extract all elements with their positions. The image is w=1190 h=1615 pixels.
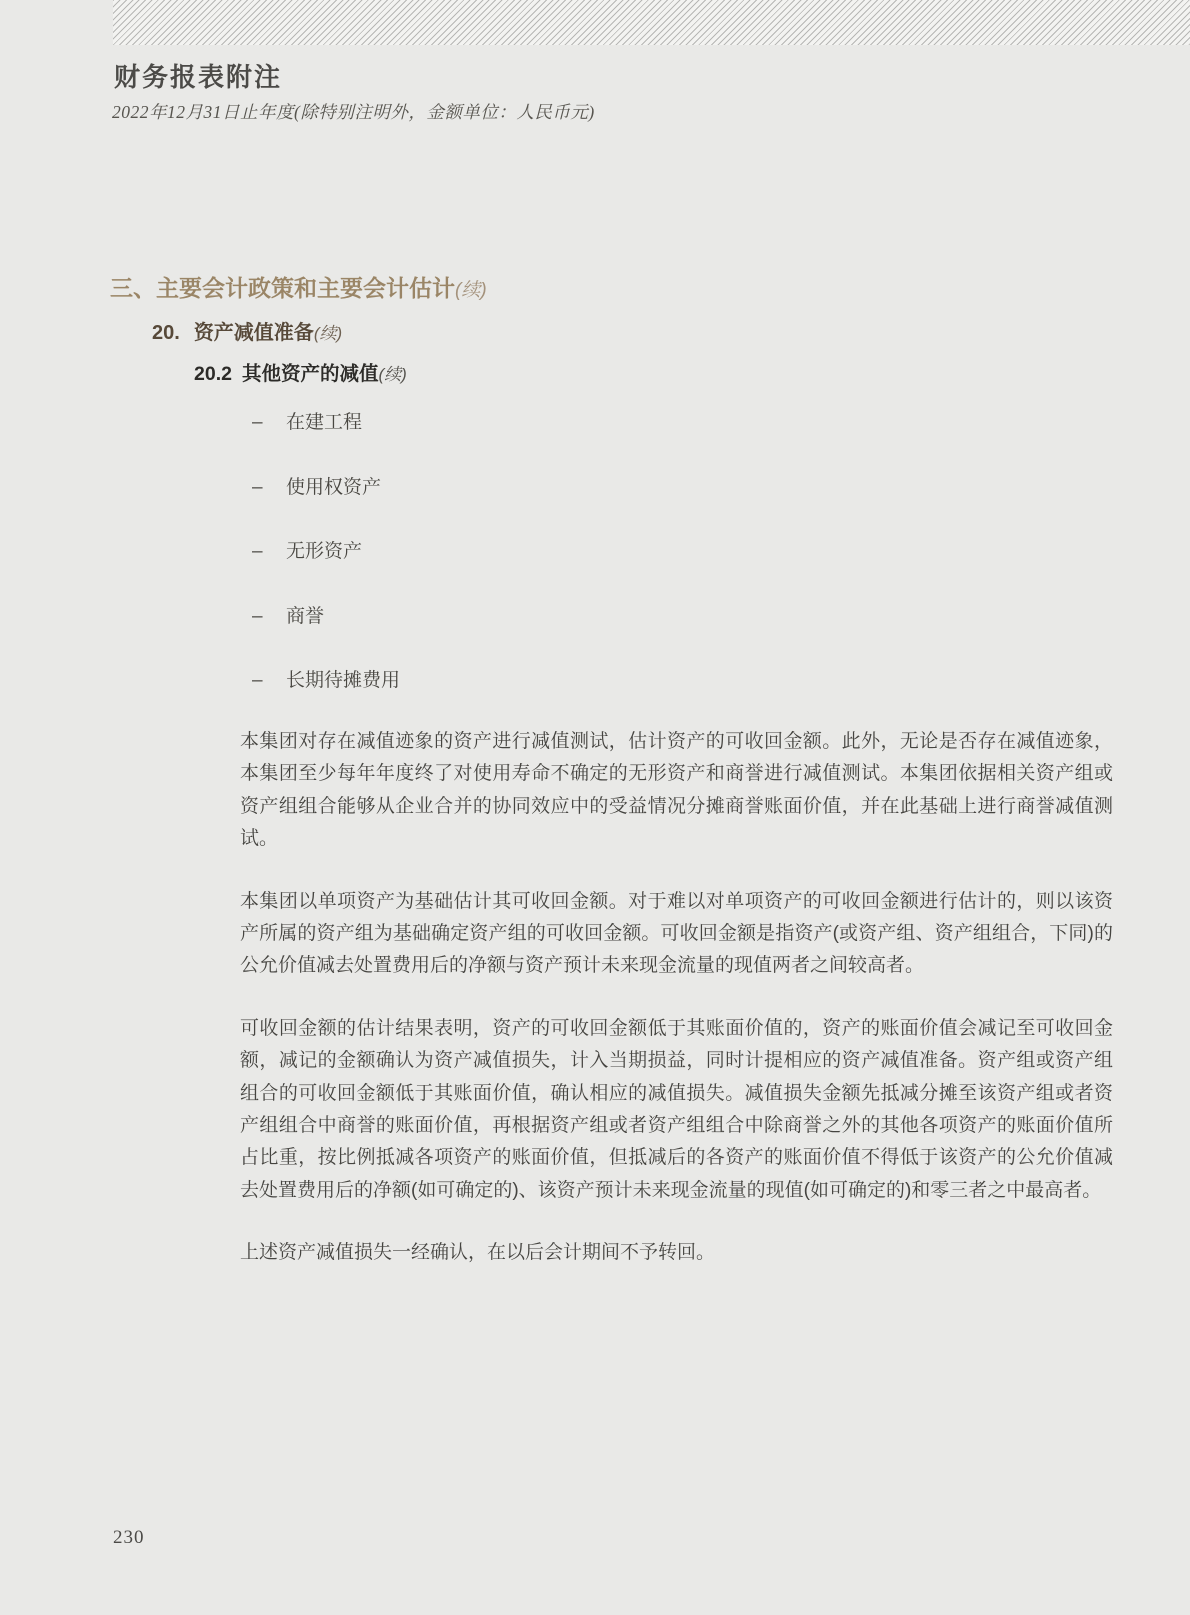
list-item-label: 在建工程 bbox=[286, 407, 362, 439]
subsubsection-title: 其他资产的减值 bbox=[242, 363, 379, 385]
list-item-label: 长期待摊费用 bbox=[286, 665, 400, 697]
subsubsection-heading: 20.2其他资产的减值(续) bbox=[194, 358, 407, 386]
document-subtitle: 2022年12月31日止年度(除特别注明外，金额单位：人民币元) bbox=[112, 99, 595, 124]
section-heading: 三、主要会计政策和主要会计估计(续) bbox=[110, 270, 487, 303]
asset-list: – 在建工程 – 使用权资产 – 无形资产 – 商誉 – 长期待摊费用 bbox=[252, 407, 400, 730]
subsection-heading: 20.资产减值准备(续) bbox=[152, 316, 342, 345]
body-paragraph: 可收回金额的估计结果表明，资产的可收回金额低于其账面价值的，资产的账面价值会减记… bbox=[240, 1013, 1113, 1207]
body-paragraph: 本集团对存在减值迹象的资产进行减值测试，估计资产的可收回金额。此外，无论是否存在… bbox=[240, 726, 1113, 856]
list-item: – 使用权资产 bbox=[252, 472, 400, 504]
dash-bullet: – bbox=[252, 601, 286, 633]
subsubsection-continued-marker: (续) bbox=[378, 365, 406, 384]
list-item-label: 商誉 bbox=[286, 601, 324, 633]
body-text-block: 本集团对存在减值迹象的资产进行减值测试，估计资产的可收回金额。此外，无论是否存在… bbox=[240, 726, 1113, 1300]
list-item-label: 使用权资产 bbox=[286, 472, 381, 504]
list-item: – 商誉 bbox=[252, 601, 400, 633]
dash-bullet: – bbox=[252, 472, 286, 504]
document-title: 财务报表附注 bbox=[114, 57, 282, 94]
hatch-pattern-band bbox=[113, 0, 1190, 45]
dash-bullet: – bbox=[252, 665, 286, 697]
dash-bullet: – bbox=[252, 407, 286, 439]
list-item-label: 无形资产 bbox=[286, 536, 362, 568]
body-paragraph: 上述资产减值损失一经确认，在以后会计期间不予转回。 bbox=[240, 1237, 1113, 1269]
document-page: 财务报表附注 2022年12月31日止年度(除特别注明外，金额单位：人民币元) … bbox=[0, 0, 1190, 1615]
dash-bullet: – bbox=[252, 536, 286, 568]
subsection-number: 20. bbox=[152, 322, 180, 344]
subsection-continued-marker: (续) bbox=[314, 324, 342, 343]
subsection-title: 资产减值准备 bbox=[194, 322, 314, 344]
subsubsection-number: 20.2 bbox=[194, 363, 232, 385]
section-continued-marker: (续) bbox=[455, 280, 487, 301]
list-item: – 在建工程 bbox=[252, 407, 400, 439]
list-item: – 长期待摊费用 bbox=[252, 665, 400, 697]
list-item: – 无形资产 bbox=[252, 536, 400, 568]
body-paragraph: 本集团以单项资产为基础估计其可收回金额。对于难以对单项资产的可收回金额进行估计的… bbox=[240, 886, 1113, 983]
section-title: 主要会计政策和主要会计估计 bbox=[156, 275, 455, 301]
section-number: 三、 bbox=[110, 275, 156, 301]
page-number: 230 bbox=[113, 1527, 145, 1549]
